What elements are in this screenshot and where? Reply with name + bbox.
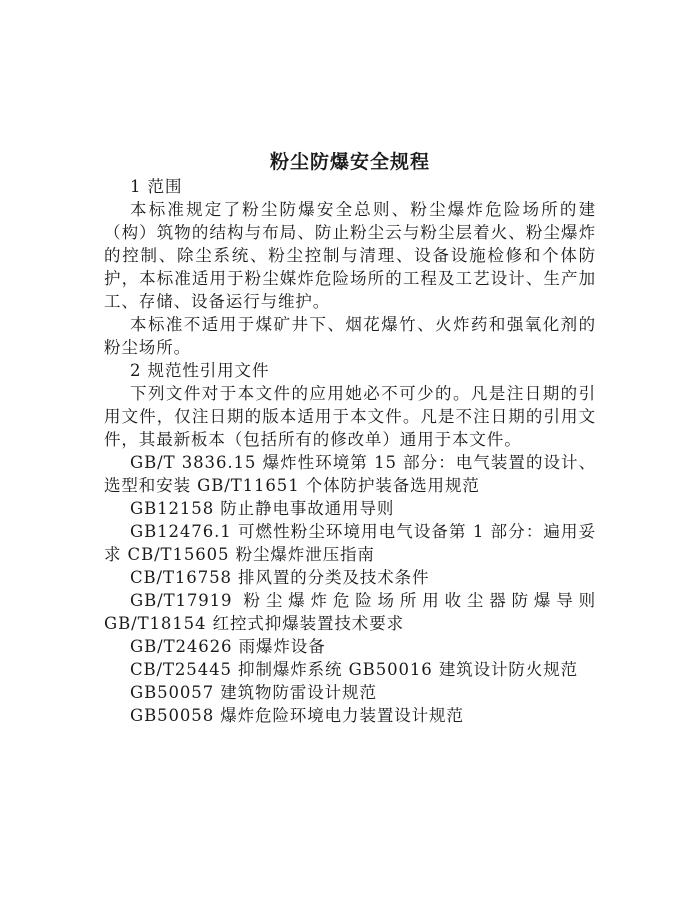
scope-paragraph-2: 本标准不适用于煤矿井下、烟花爆竹、火炸药和强氧化剂的粉尘场所。 xyxy=(104,313,596,359)
references-intro-paragraph: 下列文件对于本文件的应用她必不可少的。凡是注日期的引用文件，仅注日期的版本适用于… xyxy=(104,382,596,451)
section-heading-scope: 1 范围 xyxy=(104,175,596,198)
document-title: 粉尘防爆安全规程 xyxy=(104,149,596,175)
reference-item: GB/T17919 粉尘爆炸危险场所用收尘器防爆导则 GB/T18154 红控式… xyxy=(104,589,596,635)
reference-item: GB/T24626 雨爆炸设备 xyxy=(104,635,596,658)
reference-item: CB/T16758 排风置的分类及技术条件 xyxy=(104,566,596,589)
reference-item: GB50057 建筑物防雷设计规范 xyxy=(104,681,596,704)
scope-paragraph-1: 本标准规定了粉尘防爆安全总则、粉尘爆炸危险场所的建（构）筑物的结构与布局、防止粉… xyxy=(104,198,596,313)
reference-item: GB50058 爆炸危险环境电力装置设计规范 xyxy=(104,704,596,727)
reference-item: GB12476.1 可燃性粉尘环境用电气设备第 1 部分：遍用妥求 CB/T15… xyxy=(104,520,596,566)
reference-item: GB/T 3836.15 爆炸性环境第 15 部分：电气装置的设计、选型和安装 … xyxy=(104,451,596,497)
section-heading-references: 2 规范性引用文件 xyxy=(104,359,596,382)
reference-item: GB12158 防止静电事故通用导则 xyxy=(104,497,596,520)
reference-item: CB/T25445 抑制爆炸系统 GB50016 建筑设计防火规范 xyxy=(104,658,596,681)
document-page: 粉尘防爆安全规程 1 范围 本标准规定了粉尘防爆安全总则、粉尘爆炸危险场所的建（… xyxy=(104,149,596,727)
